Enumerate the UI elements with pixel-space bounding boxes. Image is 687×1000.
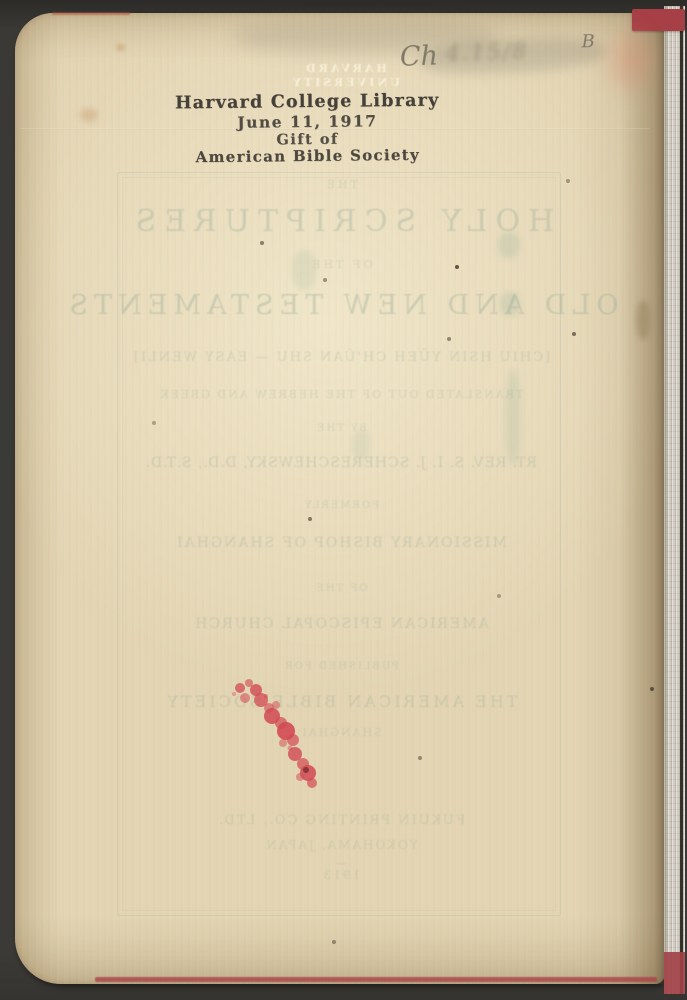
handwriting-smudged: 4.15/8	[445, 39, 528, 67]
dust-specks	[0, 0, 2, 2]
red-cover-top-edge	[52, 12, 130, 15]
edge-shadow-line	[680, 6, 683, 994]
pencil-call-number: Ch 4.15/8 B	[397, 26, 619, 86]
handwriting-start: Ch	[399, 40, 438, 72]
red-ink-smudge	[222, 674, 322, 804]
page-gutter-shadow	[620, 13, 666, 984]
handwriting-end: B	[581, 31, 595, 52]
library-accession-stamp: Harvard College Library June 11, 1917 Gi…	[150, 90, 466, 166]
scanned-book-page-scene: THEHOLY SCRIPTURESOF THEOLD AND NEW TEST…	[0, 0, 687, 1000]
red-cover-bottom-corner	[664, 952, 685, 994]
red-cover-bottom-edge	[95, 977, 657, 982]
stamp-donor: American Bible Society	[150, 146, 465, 166]
red-cover-top-corner	[632, 9, 685, 31]
page-edge-stack	[664, 6, 685, 994]
